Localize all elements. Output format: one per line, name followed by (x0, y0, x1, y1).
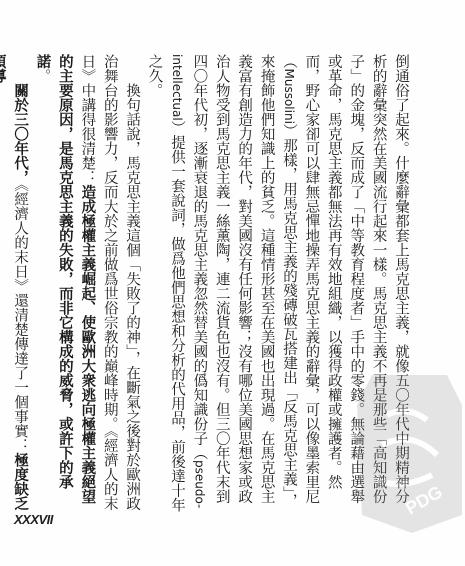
book-page: 倒通俗了起來。什麼辭彙都套上馬克思主義，就像五〇年代中期精神分析的辭彙突然在美國… (0, 0, 465, 566)
p3-seg-bold-heading: 關於三〇年代， (12, 83, 28, 185)
p1-seg-mussolini: Mussolini (282, 69, 296, 124)
p2-seg-2: 。 (35, 69, 51, 84)
paragraph-1: 倒通俗了起來。什麼辭彙都套上馬克思主義，就像五〇年代中期精神分析的辭彙突然在美國… (143, 54, 412, 514)
vertical-text-body: 倒通俗了起來。什麼辭彙都套上馬克思主義，就像五〇年代中期精神分析的辭彙突然在美國… (0, 54, 412, 514)
paragraph-3: 關於三〇年代，《經濟人的末日》還清楚傳達了一個事實：極度缺乏領導 (0, 54, 31, 514)
p1-seg-4: ）提供一套說詞，做爲他們思想和分析的代用品，前後達十年之久。 (147, 54, 185, 512)
paragraph-2: 換句話說，馬克思主義這個「失敗了的神」，在斷氣之後對於歐洲政治舞台的影響力，反而… (31, 54, 143, 514)
p1-seg-0: 倒通俗了起來。什麼辭彙都套上馬克思主義，就像五〇年代中期精神分析的辭彙突然在美國… (281, 54, 409, 504)
p3-seg-1: 《經濟人的末日》還清楚傳達了一個事實： (12, 185, 28, 453)
page-number: XXXVII (14, 512, 53, 527)
